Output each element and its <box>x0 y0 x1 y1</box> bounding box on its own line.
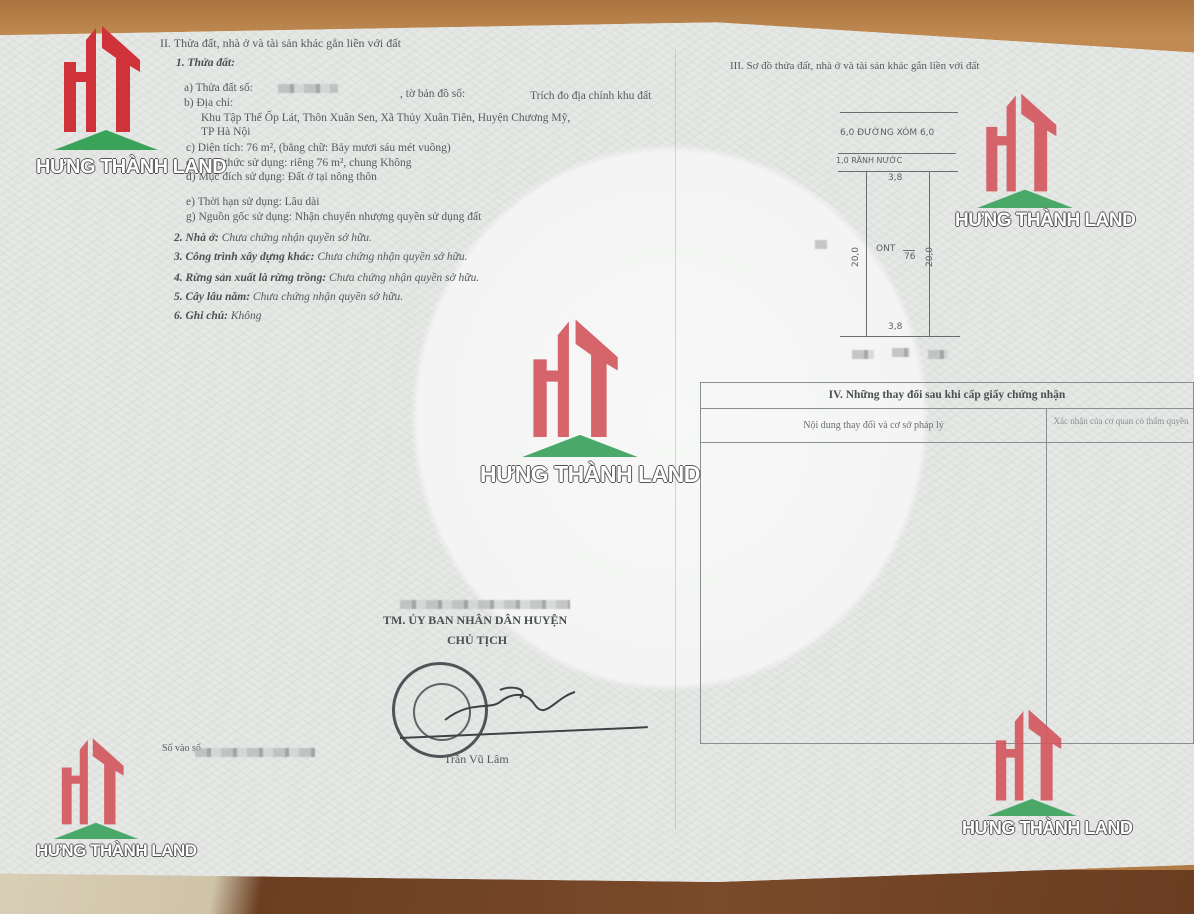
bottom-width: 3,8 <box>888 322 902 332</box>
watermark-brand: HƯNG THÀNH LAND <box>36 841 197 861</box>
column-change-content: Nội dung thay đổi và cơ sở pháp lý <box>701 420 1046 431</box>
ht-logo-icon <box>36 22 176 150</box>
changes-table-subheader: Nội dung thay đổi và cơ sở pháp lý Xác n… <box>701 409 1193 443</box>
changes-table-header: IV. Những thay đổi sau khi cấp giấy chứn… <box>701 383 1193 409</box>
parcel-area: 76 <box>904 252 915 262</box>
item-notes: 6. Ghi chú: Không <box>174 310 262 322</box>
section-iii-title: III. Sơ đồ thửa đất, nhà ở và tài sản kh… <box>730 60 979 72</box>
section-ii-title: II. Thửa đất, nhà ở và tài sản khác gắn … <box>160 36 401 51</box>
item-perennial-trees: 5. Cây lâu năm: Chưa chứng nhận quyền sở… <box>174 291 403 303</box>
watermark-logo-top-right: HƯNG THÀNH LAND <box>955 90 1095 213</box>
top-width: 3,8 <box>888 173 902 183</box>
usage-term-line: e) Thời hạn sử dụng: Lâu dài <box>186 196 319 208</box>
section-iv-title: IV. Những thay đổi sau khi cấp giấy chứn… <box>701 389 1193 401</box>
parcel-number-label: a) Thửa đất số: <box>184 82 253 94</box>
land-code: ONT <box>876 244 895 254</box>
watermark-brand: HƯNG THÀNH LAND <box>955 210 1135 232</box>
parcel-bottom-edge <box>840 336 960 337</box>
map-sheet-label: , tờ bản đồ số: <box>400 88 465 100</box>
column-authority-confirmation: Xác nhận của cơ quan có thẩm quyền <box>1047 415 1194 427</box>
part1-title: 1. Thửa đất: <box>176 57 235 69</box>
redacted-date <box>400 600 570 609</box>
watermark-brand: HƯNG THÀNH LAND <box>480 461 700 488</box>
area-line: c) Diện tích: 76 m², (bằng chữ: Bảy mươi… <box>186 142 451 154</box>
right-length: 20,0 <box>925 247 935 267</box>
changes-table: IV. Những thay đổi sau khi cấp giấy chứn… <box>700 382 1194 744</box>
item-production-forest: 4. Rừng sản xuất là rừng trồng: Chưa chứ… <box>174 272 479 284</box>
watermark-brand: HƯNG THÀNH LAND <box>36 156 226 179</box>
road-label: 6,0 ĐƯỜNG XÓM 6,0 <box>840 128 934 138</box>
authority-title: TM. ỦY BAN NHÂN DÂN HUYỆN <box>383 613 567 628</box>
ht-logo-icon <box>36 735 156 839</box>
address-line-2: TP Hà Nội <box>201 126 250 138</box>
road-line <box>840 112 958 113</box>
item-house: 2. Nhà ở: Chưa chứng nhận quyền sở hữu. <box>174 232 372 244</box>
parcel-top-edge <box>838 171 958 172</box>
signature <box>440 680 580 730</box>
signer-name: Trần Vũ Lâm <box>444 752 509 767</box>
ht-logo-icon <box>962 706 1102 816</box>
redacted-parcel-number <box>278 84 338 93</box>
map-sheet-value: Trích đo địa chính khu đất <box>530 90 651 102</box>
ht-logo-icon <box>955 90 1095 208</box>
signer-position: CHỦ TỊCH <box>447 633 507 648</box>
redacted-serial <box>195 748 315 757</box>
watermark-brand: HƯNG THÀNH LAND <box>962 818 1132 839</box>
item-other-construction: 3. Công trình xây dựng khác: Chưa chứng … <box>174 251 468 263</box>
parcel-left-edge <box>866 171 867 336</box>
left-length: 20,0 <box>851 247 861 267</box>
watermark-logo-bottom-left: HƯNG THÀNH LAND <box>36 735 156 844</box>
address-line-1: Khu Tập Thể Ốp Lát, Thôn Xuân Sen, Xã Th… <box>201 112 570 124</box>
watermark-logo-bottom-right: HƯNG THÀNH LAND <box>962 706 1102 821</box>
watermark-logo-top-left: HƯNG THÀNH LAND <box>36 22 176 155</box>
address-label: b) Địa chỉ: <box>184 97 233 109</box>
ditch-label: 1,0 RÃNH NƯỚC <box>836 156 902 165</box>
ht-logo-icon <box>480 315 680 457</box>
watermark-logo-center: HƯNG THÀNH LAND <box>480 315 680 462</box>
usage-origin-line: g) Nguồn gốc sử dụng: Nhận chuyển nhượng… <box>186 211 481 223</box>
